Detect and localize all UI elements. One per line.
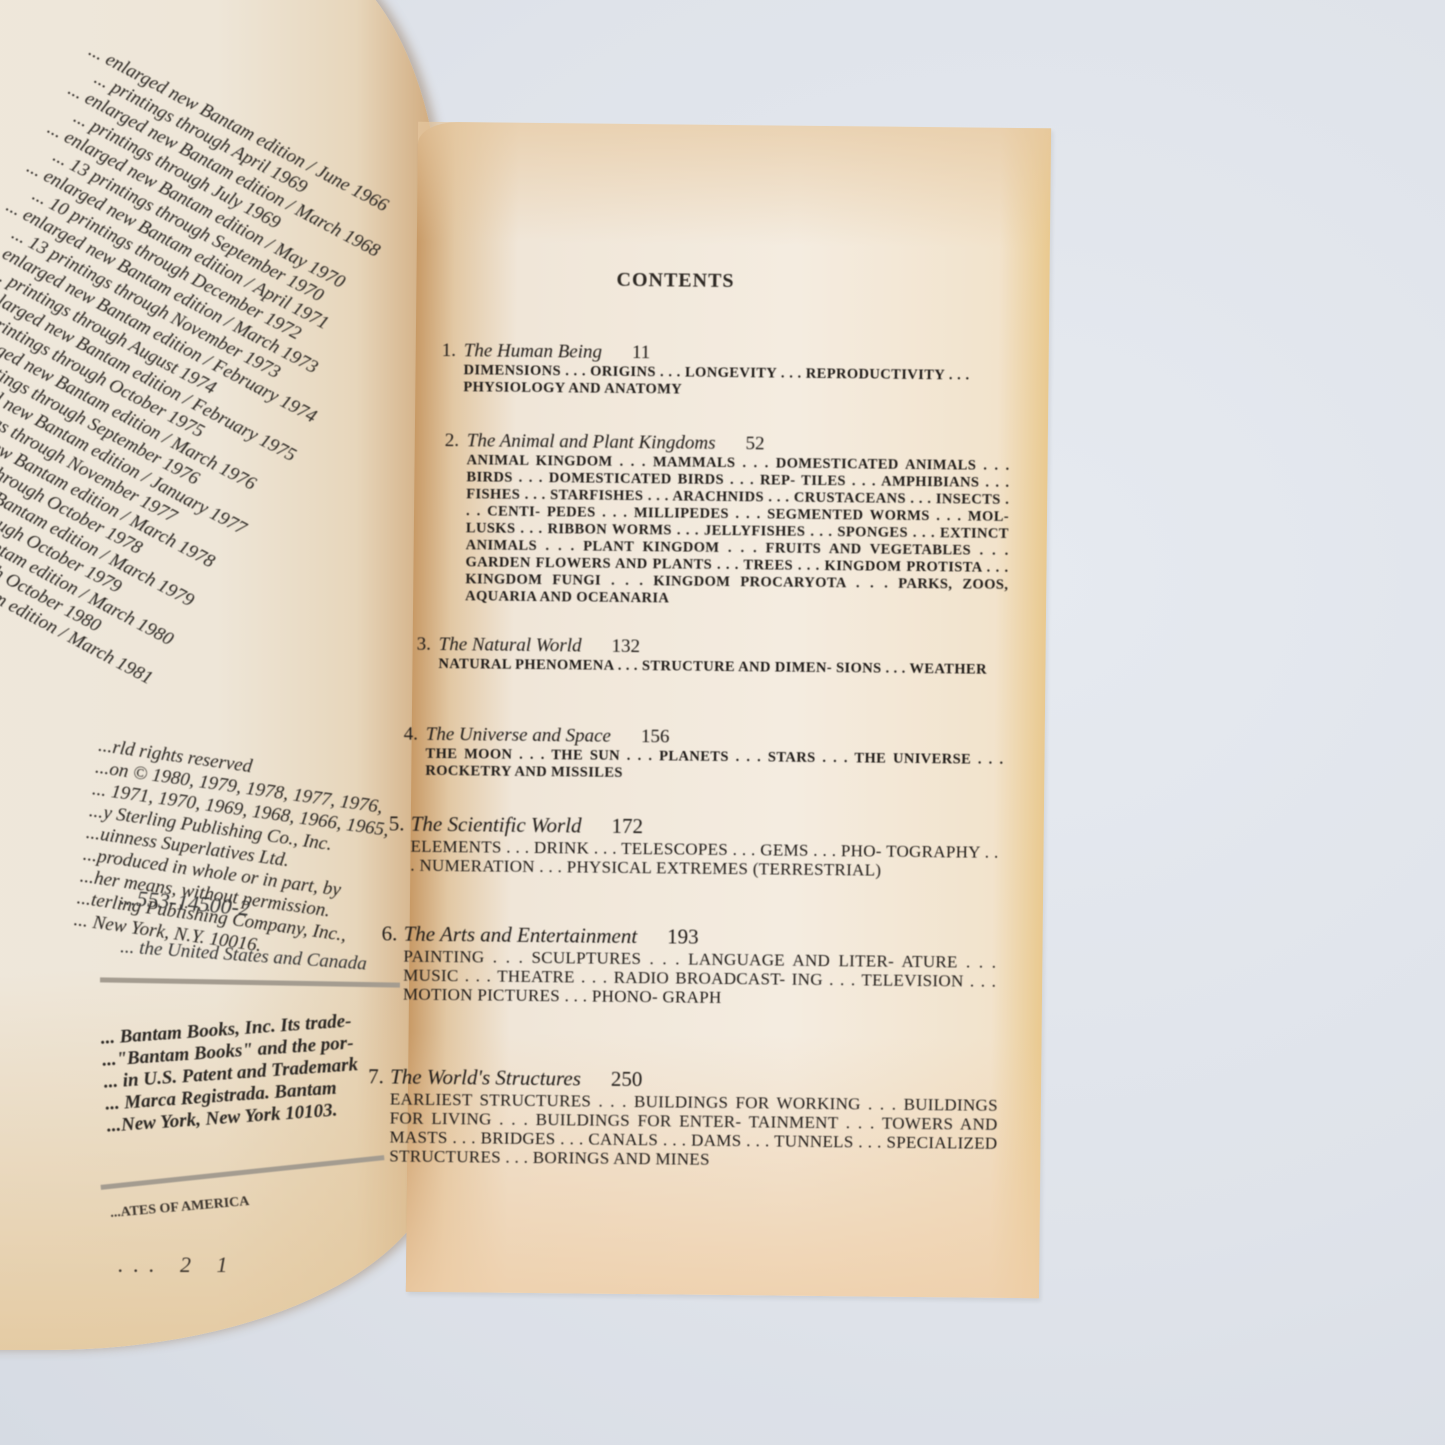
chapter-number: 3.	[417, 634, 439, 656]
toc-entry[interactable]: 2.The Animal and Plant Kingdoms52 ANIMAL…	[443, 430, 1010, 611]
page-number: 132	[611, 636, 640, 658]
toc-entry[interactable]: 7.The World's Structures250 EARLIEST STR…	[367, 1064, 998, 1172]
toc-entry[interactable]: 5.The Scientific World172 ELEMENTS . . .…	[388, 811, 999, 880]
print-line-digits: ... 2 1	[118, 1252, 238, 1278]
chapter-topics: ELEMENTS . . . DRINK . . . TELESCOPES . …	[410, 837, 998, 881]
toc-entry[interactable]: 3.The Natural World132 NATURAL PHENOMENA…	[416, 634, 1006, 679]
page-number: 11	[632, 342, 651, 364]
chapter-title: The Natural World	[439, 634, 582, 656]
toc-entry[interactable]: 1.The Human Being11 DIMENSIONS . . . ORI…	[441, 340, 970, 402]
chapter-topics: ANIMAL KINGDOM . . . MAMMALS . . . DOMES…	[465, 452, 1010, 611]
chapter-title: The Arts and Entertainment	[404, 922, 638, 948]
page-number: 52	[745, 433, 764, 455]
page-number: 250	[611, 1067, 643, 1092]
contents-heading: CONTENTS	[616, 269, 734, 293]
toc-entry[interactable]: 6.The Arts and Entertainment193 PAINTING…	[381, 921, 997, 1009]
chapter-number: 1.	[442, 340, 464, 362]
page-number: 156	[641, 726, 670, 748]
trademark-notice: ... Bantam Books, Inc. Its trade- ..."Ba…	[100, 1007, 407, 1138]
chapter-topics: EARLIEST STRUCTURES . . . BUILDINGS FOR …	[389, 1089, 998, 1171]
page-number: 172	[611, 814, 643, 839]
table-of-contents: CONTENTS 1.The Human Being11 DIMENSIONS …	[406, 122, 1051, 1299]
chapter-topics: DIMENSIONS . . . ORIGINS . . . LONGEVITY…	[463, 362, 969, 401]
chapter-number: 2.	[445, 430, 467, 452]
page-number: 193	[667, 924, 699, 949]
chapter-title: The Scientific World	[411, 812, 582, 838]
chapter-title: The Human Being	[464, 340, 602, 362]
right-page-contents: CONTENTS 1.The Human Being11 DIMENSIONS …	[406, 122, 1051, 1299]
chapter-topics: THE MOON . . . THE SUN . . . PLANETS . .…	[425, 746, 1003, 786]
chapter-number: 5.	[389, 811, 411, 836]
chapter-title: The Animal and Plant Kingdoms	[467, 430, 716, 454]
chapter-title: The World's Structures	[390, 1064, 581, 1090]
chapter-topics: PAINTING . . . SCULPTURES . . . LANGUAGE…	[403, 947, 997, 1010]
chapter-number: 4.	[404, 724, 426, 746]
chapter-number: 6.	[382, 921, 404, 946]
chapter-title: The Universe and Space	[426, 724, 611, 747]
toc-entry[interactable]: 4.The Universe and Space156 THE MOON . .…	[403, 724, 1004, 786]
chapter-number: 7.	[368, 1064, 390, 1089]
